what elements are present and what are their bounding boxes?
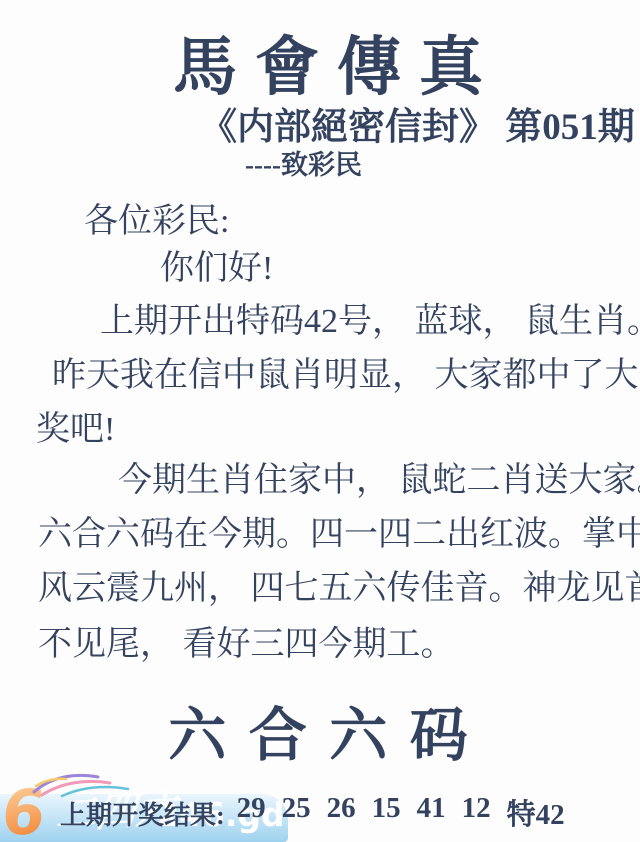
document-subtitle: 《内部絕密信封》 第051期 [200, 96, 635, 150]
paragraph2-line1: 今期生肖住家中， 鼠蛇二肖送大家。 [118, 452, 640, 501]
results-label: 上期开奖结果: [60, 792, 225, 832]
paragraph2-line2: 六合六码在今期。四一四二出红波。掌中 [38, 506, 640, 555]
fax-document-page: 馬會傳真 《内部絕密信封》 第051期 ----致彩民 各位彩民: 你们好! 上… [0, 0, 640, 842]
salutation-line: 你们好! [160, 240, 273, 289]
result-number: 15 [372, 792, 401, 825]
result-special-number: 特42 [507, 792, 565, 833]
greeting-line: 各位彩民: [84, 193, 229, 242]
result-number: 26 [327, 792, 356, 825]
result-number: 12 [462, 792, 491, 825]
highlight-title: 六 合 六 码 [0, 688, 640, 772]
document-title: 馬會傳真 [0, 16, 640, 108]
result-number: 41 [417, 792, 446, 825]
paragraph2-line4: 不见尾， 看好三四今期工。 [38, 616, 455, 665]
result-number: 25 [282, 792, 311, 825]
result-number: 29 [237, 792, 266, 825]
paragraph1-line1: 上期开出特码42号， 蓝球， 鼠生肖。 [100, 293, 640, 342]
paragraph1-line3: 奖吧! [36, 401, 115, 450]
paragraph1-line2: 昨天我在信中鼠肖明显， 大家都中了大 [52, 347, 639, 396]
dedication-line: ----致彩民 [245, 143, 362, 182]
previous-results-line: 上期开奖结果: 29 25 26 15 41 12 特42 [60, 792, 565, 833]
paragraph2-line3: 风云震九州， 四七五六传佳音。神龙见首 [38, 560, 640, 609]
